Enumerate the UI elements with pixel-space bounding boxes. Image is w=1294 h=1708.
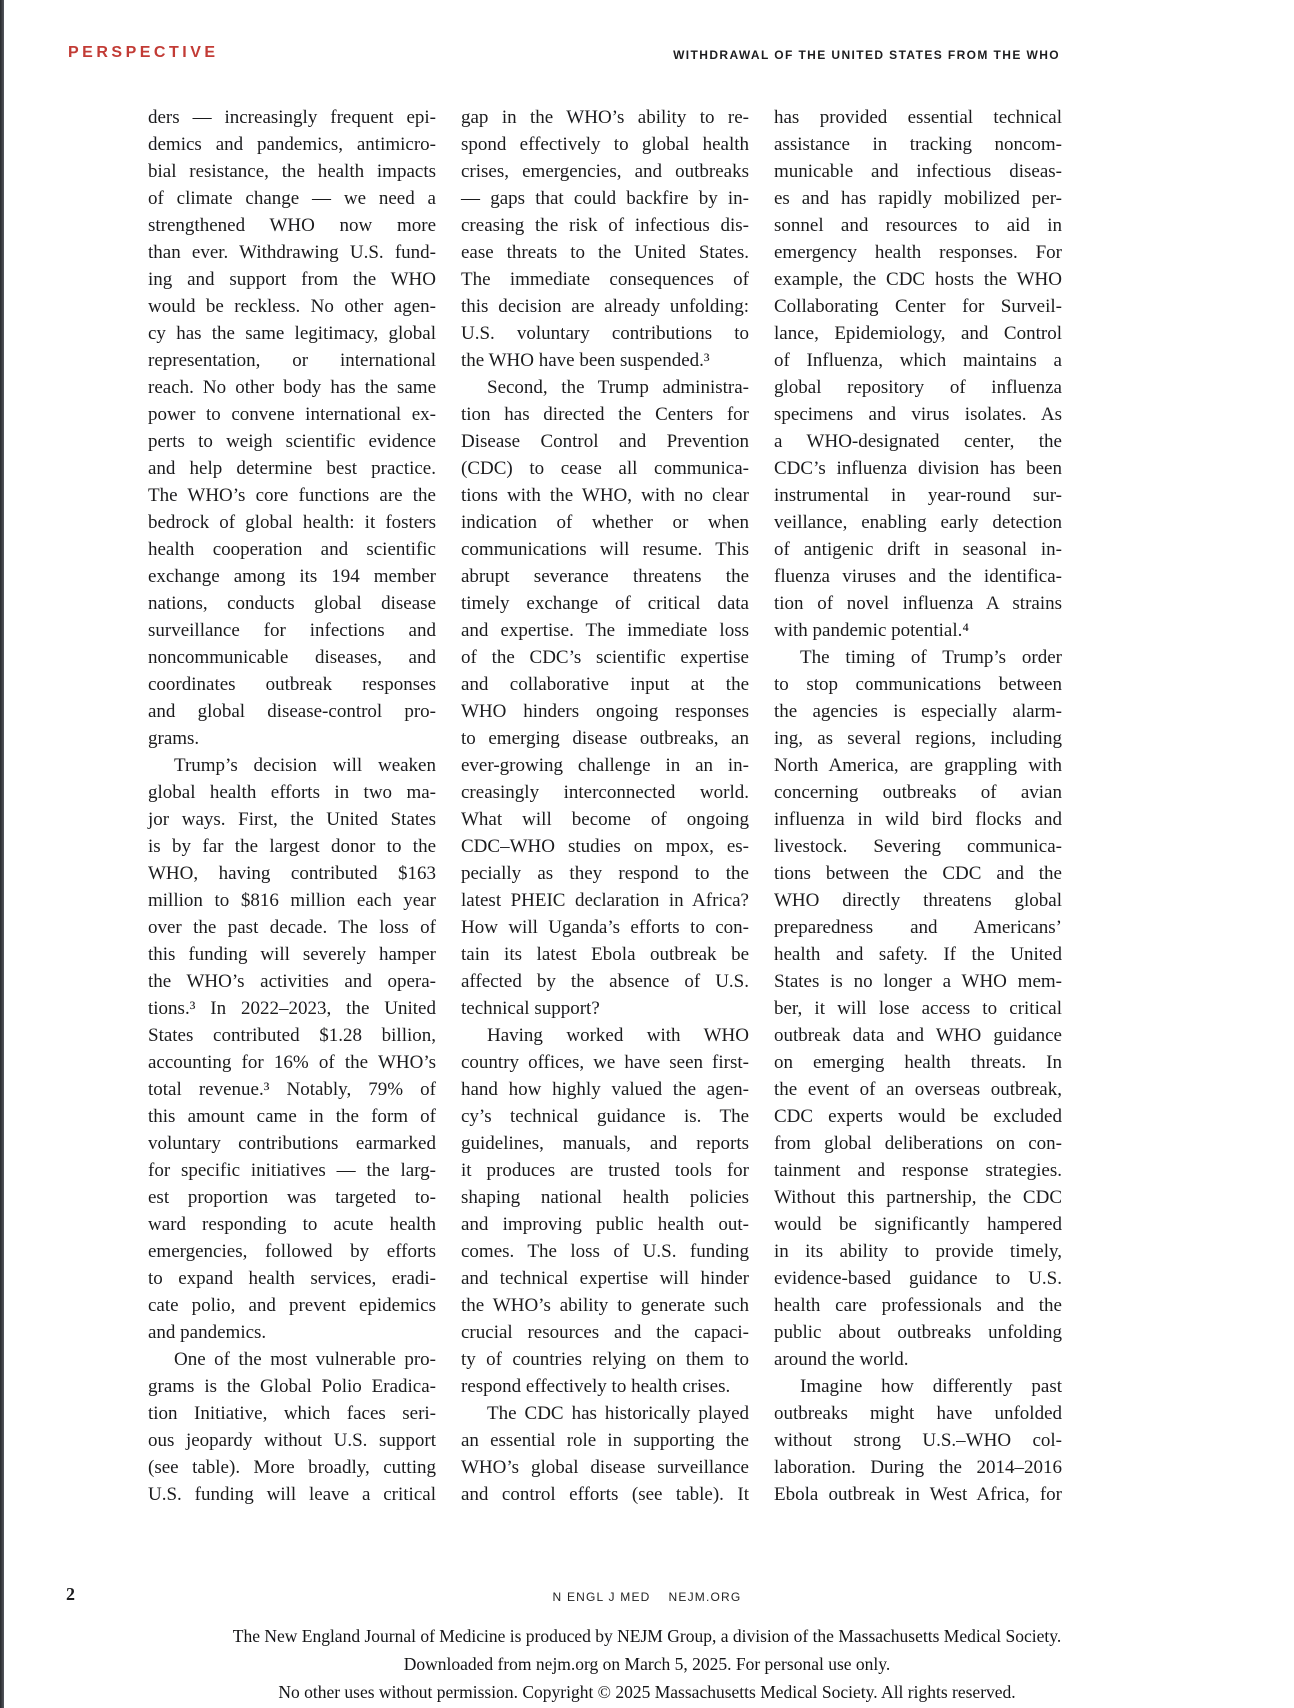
- text-line: abrupt severance threatens the: [461, 563, 749, 590]
- text-line: emergencies, followed by efforts: [148, 1238, 436, 1265]
- article-body: ders — increasingly frequent epi-demics …: [148, 104, 1064, 1508]
- text-line: to stop communications between: [774, 671, 1062, 698]
- text-line: CDC–WHO studies on mpox, es-: [461, 833, 749, 860]
- text-line: emergency health responses. For: [774, 239, 1062, 266]
- text-line: voluntary contributions earmarked: [148, 1130, 436, 1157]
- running-title: WITHDRAWAL OF THE UNITED STATES FROM THE…: [673, 48, 1060, 62]
- text-line: in its ability to provide timely,: [774, 1238, 1062, 1265]
- text-column-3: has provided essential technicalassistan…: [774, 104, 1062, 1508]
- text-line: lance, Epidemiology, and Control: [774, 320, 1062, 347]
- text-line: North America, are grappling with: [774, 752, 1062, 779]
- text-line: bial resistance, the health impacts: [148, 158, 436, 185]
- text-line: Without this partnership, the CDC: [774, 1184, 1062, 1211]
- text-line: U.S. funding will leave a critical: [148, 1481, 436, 1508]
- text-line: total revenue.³ Notably, 79% of: [148, 1076, 436, 1103]
- text-line: on emerging health threats. In: [774, 1049, 1062, 1076]
- text-line: Having worked with WHO: [461, 1022, 749, 1049]
- text-line: spond effectively to global health: [461, 131, 749, 158]
- text-line: ing and support from the WHO: [148, 266, 436, 293]
- text-line: around the world.: [774, 1346, 1062, 1373]
- text-line: WHO’s global disease surveillance: [461, 1454, 749, 1481]
- text-line: and technical expertise will hinder: [461, 1265, 749, 1292]
- text-line: specimens and virus isolates. As: [774, 401, 1062, 428]
- text-column-1: ders — increasingly frequent epi-demics …: [148, 104, 436, 1508]
- text-line: nations, conducts global disease: [148, 590, 436, 617]
- text-line: exchange among its 194 member: [148, 563, 436, 590]
- text-line: crucial resources and the capaci-: [461, 1319, 749, 1346]
- text-line: of the CDC’s scientific expertise: [461, 644, 749, 671]
- text-line: and expertise. The immediate loss: [461, 617, 749, 644]
- copyright-line: Downloaded from nejm.org on March 5, 202…: [0, 1650, 1294, 1678]
- text-line: fluenza viruses and the identifica-: [774, 563, 1062, 590]
- text-line: to emerging disease outbreaks, an: [461, 725, 749, 752]
- text-column-2: gap in the WHO’s ability to re-spond eff…: [461, 104, 749, 1508]
- text-line: noncommunicable diseases, and: [148, 644, 436, 671]
- text-line: tions.³ In 2022–2023, the United: [148, 995, 436, 1022]
- text-line: and collaborative input at the: [461, 671, 749, 698]
- text-line: tain its latest Ebola outbreak be: [461, 941, 749, 968]
- text-line: guidelines, manuals, and reports: [461, 1130, 749, 1157]
- text-line: coordinates outbreak responses: [148, 671, 436, 698]
- text-line: health cooperation and scientific: [148, 536, 436, 563]
- text-line: tion of novel influenza A strains: [774, 590, 1062, 617]
- text-line: jor ways. First, the United States: [148, 806, 436, 833]
- text-line: The immediate consequences of: [461, 266, 749, 293]
- text-line: cy has the same legitimacy, global: [148, 320, 436, 347]
- page-left-edge: [0, 0, 4, 1708]
- text-line: global health efforts in two ma-: [148, 779, 436, 806]
- text-line: would be reckless. No other agen-: [148, 293, 436, 320]
- text-line: cate polio, and prevent epidemics: [148, 1292, 436, 1319]
- text-line: laboration. During the 2014–2016: [774, 1454, 1062, 1481]
- text-line: a WHO-designated center, the: [774, 428, 1062, 455]
- text-line: creasingly interconnected world.: [461, 779, 749, 806]
- text-line: tions with the WHO, with no clear: [461, 482, 749, 509]
- text-line: grams.: [148, 725, 436, 752]
- text-line: preparedness and Americans’: [774, 914, 1062, 941]
- text-line: Ebola outbreak in West Africa, for: [774, 1481, 1062, 1508]
- text-line: has provided essential technical: [774, 104, 1062, 131]
- text-line: than ever. Withdrawing U.S. fund-: [148, 239, 436, 266]
- text-line: bedrock of global health: it fosters: [148, 509, 436, 536]
- text-line: respond effectively to health crises.: [461, 1373, 749, 1400]
- text-line: evidence-based guidance to U.S.: [774, 1265, 1062, 1292]
- text-line: creasing the risk of infectious dis-: [461, 212, 749, 239]
- journal-name: N ENGL J MED: [553, 1590, 651, 1604]
- text-line: gap in the WHO’s ability to re-: [461, 104, 749, 131]
- text-line: this funding will severely hamper: [148, 941, 436, 968]
- text-line: ders — increasingly frequent epi-: [148, 104, 436, 131]
- text-line: ever-growing challenge in an in-: [461, 752, 749, 779]
- journal-footer: N ENGL J MEDNEJM.ORG: [0, 1590, 1294, 1604]
- text-line: municable and infectious diseas-: [774, 158, 1062, 185]
- text-line: timely exchange of critical data: [461, 590, 749, 617]
- journal-page: { "header": { "section_label": "PERSPECT…: [0, 0, 1294, 1708]
- text-line: CDC experts would be excluded: [774, 1103, 1062, 1130]
- text-line: indication of whether or when: [461, 509, 749, 536]
- text-line: of climate change — we need a: [148, 185, 436, 212]
- text-line: from global deliberations on con-: [774, 1130, 1062, 1157]
- text-line: of antigenic drift in seasonal in-: [774, 536, 1062, 563]
- text-line: million to $816 million each year: [148, 887, 436, 914]
- text-line: health care professionals and the: [774, 1292, 1062, 1319]
- text-line: surveillance for infections and: [148, 617, 436, 644]
- text-line: and global disease-control pro-: [148, 698, 436, 725]
- text-line: outbreaks might have unfolded: [774, 1400, 1062, 1427]
- text-line: ty of countries relying on them to: [461, 1346, 749, 1373]
- text-line: global repository of influenza: [774, 374, 1062, 401]
- text-line: demics and pandemics, antimicro-: [148, 131, 436, 158]
- text-line: is by far the largest donor to the: [148, 833, 436, 860]
- text-line: technical support?: [461, 995, 749, 1022]
- text-line: U.S. voluntary contributions to: [461, 320, 749, 347]
- text-line: — gaps that could backfire by in-: [461, 185, 749, 212]
- text-line: to expand health services, eradi-: [148, 1265, 436, 1292]
- text-line: grams is the Global Polio Eradica-: [148, 1373, 436, 1400]
- text-line: this decision are already unfolding:: [461, 293, 749, 320]
- text-line: communications will resume. This: [461, 536, 749, 563]
- text-line: representation, or international: [148, 347, 436, 374]
- text-line: and improving public health out-: [461, 1211, 749, 1238]
- copyright-line: No other uses without permission. Copyri…: [0, 1678, 1294, 1706]
- text-line: WHO, having contributed $163: [148, 860, 436, 887]
- text-line: would be significantly hampered: [774, 1211, 1062, 1238]
- text-line: power to convene international ex-: [148, 401, 436, 428]
- text-line: tion Initiative, which faces seri-: [148, 1400, 436, 1427]
- text-line: What will become of ongoing: [461, 806, 749, 833]
- text-line: of Influenza, which maintains a: [774, 347, 1062, 374]
- text-line: The CDC has historically played: [461, 1400, 749, 1427]
- text-line: and help determine best practice.: [148, 455, 436, 482]
- text-line: public about outbreaks unfolding: [774, 1319, 1062, 1346]
- text-line: (see table). More broadly, cutting: [148, 1454, 436, 1481]
- text-line: veillance, enabling early detection: [774, 509, 1062, 536]
- text-line: WHO hinders ongoing responses: [461, 698, 749, 725]
- text-line: The timing of Trump’s order: [774, 644, 1062, 671]
- text-line: crises, emergencies, and outbreaks: [461, 158, 749, 185]
- text-line: country offices, we have seen first-: [461, 1049, 749, 1076]
- text-line: latest PHEIC declaration in Africa?: [461, 887, 749, 914]
- text-line: over the past decade. The loss of: [148, 914, 436, 941]
- text-line: Disease Control and Prevention: [461, 428, 749, 455]
- copyright-notice: The New England Journal of Medicine is p…: [0, 1622, 1294, 1706]
- text-line: without strong U.S.–WHO col-: [774, 1427, 1062, 1454]
- text-line: perts to weigh scientific evidence: [148, 428, 436, 455]
- text-line: hand how highly valued the agen-: [461, 1076, 749, 1103]
- text-line: reach. No other body has the same: [148, 374, 436, 401]
- text-line: the agencies is especially alarm-: [774, 698, 1062, 725]
- section-label: PERSPECTIVE: [68, 44, 219, 62]
- text-line: the event of an overseas outbreak,: [774, 1076, 1062, 1103]
- text-line: ease threats to the United States.: [461, 239, 749, 266]
- text-line: States is no longer a WHO mem-: [774, 968, 1062, 995]
- text-line: tion has directed the Centers for: [461, 401, 749, 428]
- text-line: the WHO have been suspended.³: [461, 347, 749, 374]
- journal-site: NEJM.ORG: [669, 1590, 742, 1604]
- text-line: and pandemics.: [148, 1319, 436, 1346]
- text-line: example, the CDC hosts the WHO: [774, 266, 1062, 293]
- text-line: ber, it will lose access to critical: [774, 995, 1062, 1022]
- text-line: The WHO’s core functions are the: [148, 482, 436, 509]
- text-line: tainment and response strategies.: [774, 1157, 1062, 1184]
- text-line: Second, the Trump administra-: [461, 374, 749, 401]
- text-line: ing, as several regions, including: [774, 725, 1062, 752]
- text-line: livestock. Severing communica-: [774, 833, 1062, 860]
- text-line: Trump’s decision will weaken: [148, 752, 436, 779]
- text-line: (CDC) to cease all communica-: [461, 455, 749, 482]
- text-line: Imagine how differently past: [774, 1373, 1062, 1400]
- text-line: tions between the CDC and the: [774, 860, 1062, 887]
- text-line: strengthened WHO now more: [148, 212, 436, 239]
- text-line: outbreak data and WHO guidance: [774, 1022, 1062, 1049]
- text-line: assistance in tracking noncom-: [774, 131, 1062, 158]
- text-line: it produces are trusted tools for: [461, 1157, 749, 1184]
- text-line: est proportion was targeted to-: [148, 1184, 436, 1211]
- text-line: and control efforts (see table). It: [461, 1481, 749, 1508]
- text-line: pecially as they respond to the: [461, 860, 749, 887]
- text-line: ous jeopardy without U.S. support: [148, 1427, 436, 1454]
- text-line: the WHO’s ability to generate such: [461, 1292, 749, 1319]
- text-line: affected by the absence of U.S.: [461, 968, 749, 995]
- text-line: How will Uganda’s efforts to con-: [461, 914, 749, 941]
- text-line: WHO directly threatens global: [774, 887, 1062, 914]
- text-line: sonnel and resources to aid in: [774, 212, 1062, 239]
- text-line: influenza in wild bird flocks and: [774, 806, 1062, 833]
- text-line: comes. The loss of U.S. funding: [461, 1238, 749, 1265]
- text-line: this amount came in the form of: [148, 1103, 436, 1130]
- text-line: an essential role in supporting the: [461, 1427, 749, 1454]
- text-line: instrumental in year-round sur-: [774, 482, 1062, 509]
- text-line: shaping national health policies: [461, 1184, 749, 1211]
- text-line: health and safety. If the United: [774, 941, 1062, 968]
- text-line: es and has rapidly mobilized per-: [774, 185, 1062, 212]
- text-line: One of the most vulnerable pro-: [148, 1346, 436, 1373]
- text-line: CDC’s influenza division has been: [774, 455, 1062, 482]
- text-line: for specific initiatives — the larg-: [148, 1157, 436, 1184]
- copyright-line: The New England Journal of Medicine is p…: [0, 1622, 1294, 1650]
- text-line: Collaborating Center for Surveil-: [774, 293, 1062, 320]
- text-line: States contributed $1.28 billion,: [148, 1022, 436, 1049]
- text-line: the WHO’s activities and opera-: [148, 968, 436, 995]
- text-line: with pandemic potential.⁴: [774, 617, 1062, 644]
- text-line: accounting for 16% of the WHO’s: [148, 1049, 436, 1076]
- text-line: ward responding to acute health: [148, 1211, 436, 1238]
- text-line: concerning outbreaks of avian: [774, 779, 1062, 806]
- text-line: cy’s technical guidance is. The: [461, 1103, 749, 1130]
